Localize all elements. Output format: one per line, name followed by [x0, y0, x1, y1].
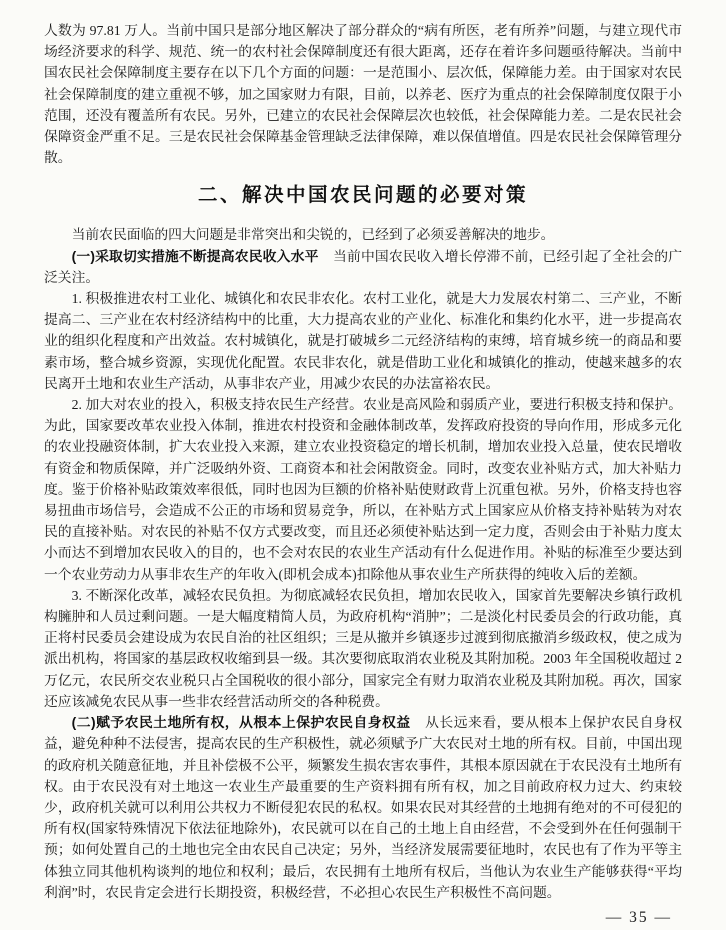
measure-one-subheading: (一)采取切实措施不断提高农民收入水平: [72, 249, 333, 264]
page-number: — 35 —: [44, 907, 682, 928]
measure-two-subheading: (二)赋予农民土地所有权，从根本上保护农民自身权益: [72, 715, 426, 730]
paragraph-opening: 当前农民面临的四大问题是非常突出和尖锐的，已经到了必须妥善解决的地步。: [44, 224, 682, 245]
paragraph-measure-one: (一)采取切实措施不断提高农民收入水平当前中国农民收入增长停滞不前，已经引起了全…: [44, 246, 682, 288]
paragraph-social-security-problems: 人数为 97.81 万人。当前中国只是部分地区解决了部分群众的“病有所医，老有所…: [44, 20, 682, 168]
paragraph-point-3-reform-burden: 3. 不断深化改革，减轻农民负担。为彻底减轻农民负担，增加农民收入，国家首先要解…: [44, 585, 682, 712]
paragraph-measure-two: (二)赋予农民土地所有权，从根本上保护农民自身权益从长远来看，要从根本上保护农民…: [44, 712, 682, 903]
section-heading: 二、解决中国农民问题的必要对策: [44, 182, 682, 208]
paragraph-point-1-industrialization: 1. 积极推进农村工业化、城镇化和农民非农化。农村工业化，就是大力发展农村第二、…: [44, 288, 682, 394]
document-page: 人数为 97.81 万人。当前中国只是部分地区解决了部分群众的“病有所医，老有所…: [0, 0, 726, 930]
paragraph-point-2-agriculture-investment: 2. 加大对农业的投入，积极支持农民生产经营。农业是高风险和弱质产业，要进行积极…: [44, 394, 682, 585]
measure-two-text: 从长远来看，要从根本上保护农民自身权益，避免种种不法侵害，提高农民的生产积极性，…: [44, 715, 682, 900]
